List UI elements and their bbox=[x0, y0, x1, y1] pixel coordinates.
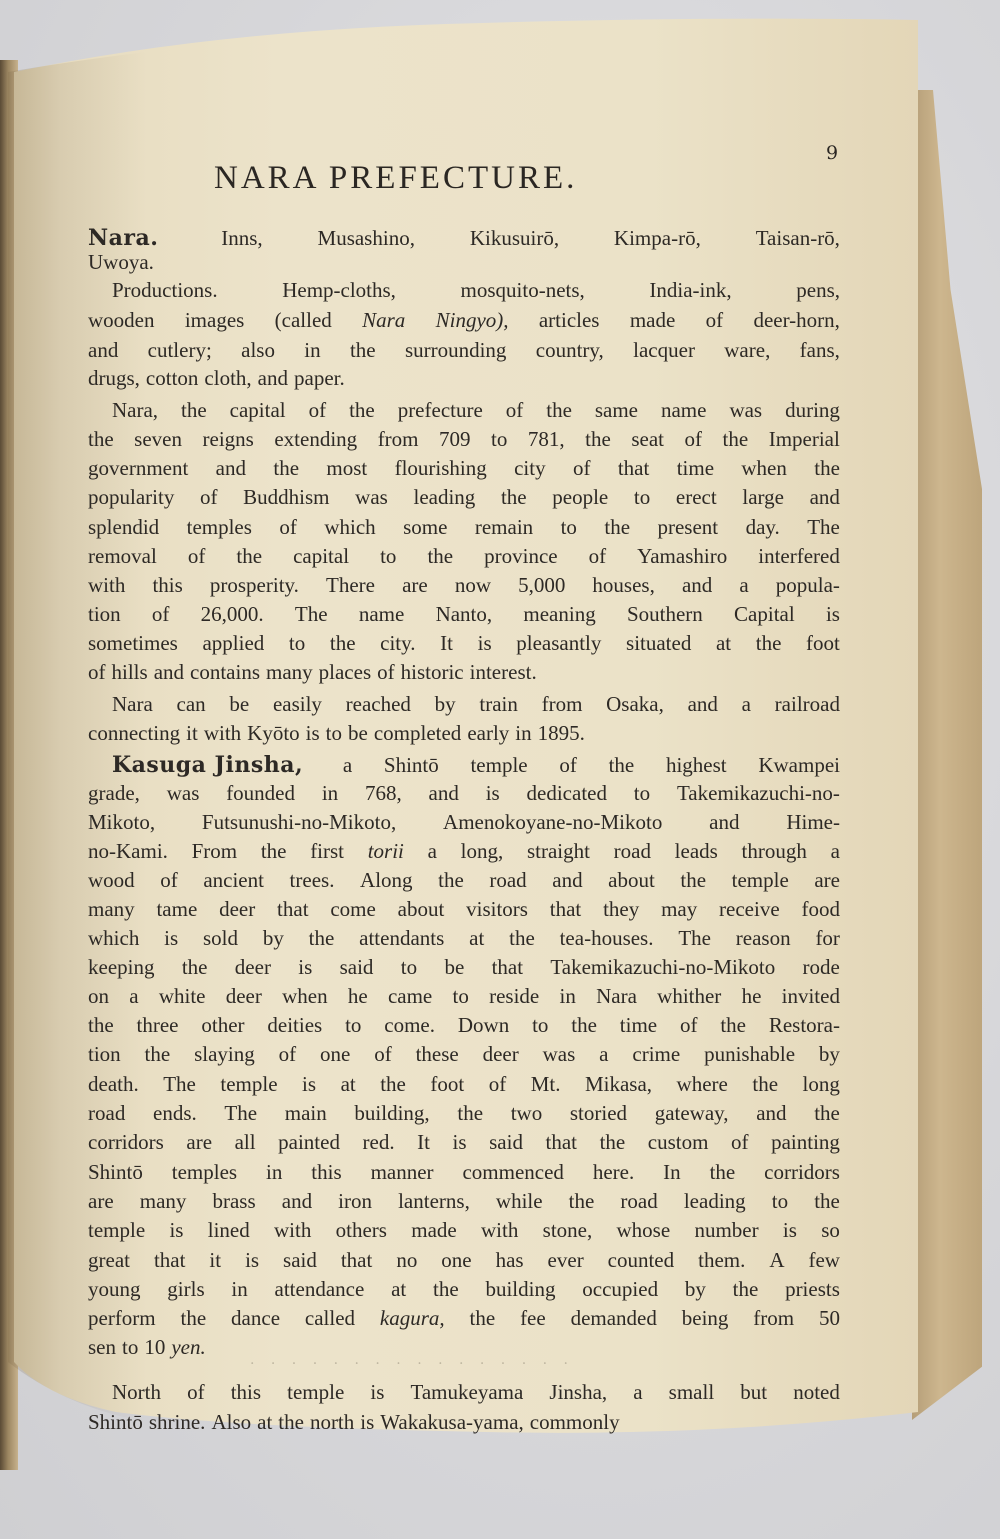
text-line: templeislinedwithothersmadewithstone,who… bbox=[88, 1218, 840, 1248]
text-line: NorthofthistempleisTamukeyamaJinsha,asma… bbox=[88, 1380, 840, 1410]
text-line: drugs,cottoncloth,andpaper. bbox=[88, 366, 840, 396]
text-line: tionof26,000.ThenameNanto,meaningSouther… bbox=[88, 602, 840, 632]
page-number: 9 bbox=[826, 142, 838, 164]
text-line: splendidtemplesofwhichsomeremaintothepre… bbox=[88, 515, 840, 545]
text-line: tiontheslayingofoneofthesedeerwasacrimep… bbox=[88, 1042, 840, 1072]
text-line: governmentandthemostflourishingcityoftha… bbox=[88, 456, 840, 486]
text-line: withthisprosperity.Therearenow5,000house… bbox=[88, 573, 840, 603]
text-line: woodofancienttrees.Alongtheroadandaboutt… bbox=[88, 868, 840, 898]
text-line: roadends.Themainbuilding,thetwostoriedga… bbox=[88, 1101, 840, 1131]
text-line: aremanybrassandironlanterns,whiletheroad… bbox=[88, 1189, 840, 1219]
text-line: andcutlery;alsointhesurroundingcountry,l… bbox=[88, 338, 840, 368]
page-title: NARA PREFECTURE. bbox=[214, 160, 714, 197]
text-line: sometimesappliedtothecity.Itispleasantly… bbox=[88, 631, 840, 661]
entry-heading: Kasuga Jinsha, bbox=[112, 752, 303, 778]
entry-heading: Nara. bbox=[88, 225, 158, 251]
text-line: keepingthedeerissaidtobethatTakemikazuch… bbox=[88, 955, 840, 985]
text-line: corridorsareallpaintedred.Itissaidthatth… bbox=[88, 1130, 840, 1160]
text-line: greatthatitissaidthatnoonehasevercounted… bbox=[88, 1248, 840, 1278]
bleed-through-dots: . . . . . . . . . . . . . . . . bbox=[250, 1352, 574, 1368]
text-line: Kasuga Jinsha,aShintōtempleofthehighestK… bbox=[88, 752, 840, 782]
text-line: performthedancecalledkagura,thefeedemand… bbox=[88, 1306, 840, 1336]
text-line: Nara,thecapitaloftheprefectureofthesamen… bbox=[88, 398, 840, 428]
text-line: onawhitedeerwhenhecametoresideinNarawhit… bbox=[88, 984, 840, 1014]
text-line: woodenimages(calledNaraNingyo),articlesm… bbox=[88, 308, 840, 338]
text-line: grade,wasfoundedin768,andisdedicatedtoTa… bbox=[88, 781, 840, 811]
text-line: Shintōshrine.AlsoatthenorthisWakakusa-ya… bbox=[88, 1410, 840, 1440]
text-line: no-Kami.Fromthefirsttoriialong,straightr… bbox=[88, 839, 840, 869]
text-line: Uwoya. bbox=[88, 250, 840, 280]
text-line: thethreeotherdeitiestocome.Downtothetime… bbox=[88, 1013, 840, 1043]
text-line: whichissoldbytheattendantsatthetea-house… bbox=[88, 926, 840, 956]
text-line: younggirlsinattendanceatthebuildingoccup… bbox=[88, 1277, 840, 1307]
text-line: Productions.Hemp-cloths,mosquito-nets,In… bbox=[88, 278, 840, 308]
text-line: popularityofBuddhismwasleadingthepeoplet… bbox=[88, 485, 840, 515]
text-line: connectingitwithKyōtoistobecompletedearl… bbox=[88, 721, 840, 751]
text-line: death.ThetempleisatthefootofMt.Mikasa,wh… bbox=[88, 1072, 840, 1102]
text-line: Shintōtemplesinthismannercommencedhere.I… bbox=[88, 1160, 840, 1190]
text-line: ofhillsandcontainsmanyplacesofhistoricin… bbox=[88, 660, 840, 690]
text-line: Mikoto,Futsunushi-no-Mikoto,Amenokoyane-… bbox=[88, 810, 840, 840]
text-line: removalofthecapitaltotheprovinceofYamash… bbox=[88, 544, 840, 574]
text-line: NaracanbeeasilyreachedbytrainfromOsaka,a… bbox=[88, 692, 840, 722]
text-line: thesevenreignsextendingfrom709to781,thes… bbox=[88, 427, 840, 457]
text-line: manytamedeerthatcomeaboutvisitorsthatthe… bbox=[88, 897, 840, 927]
